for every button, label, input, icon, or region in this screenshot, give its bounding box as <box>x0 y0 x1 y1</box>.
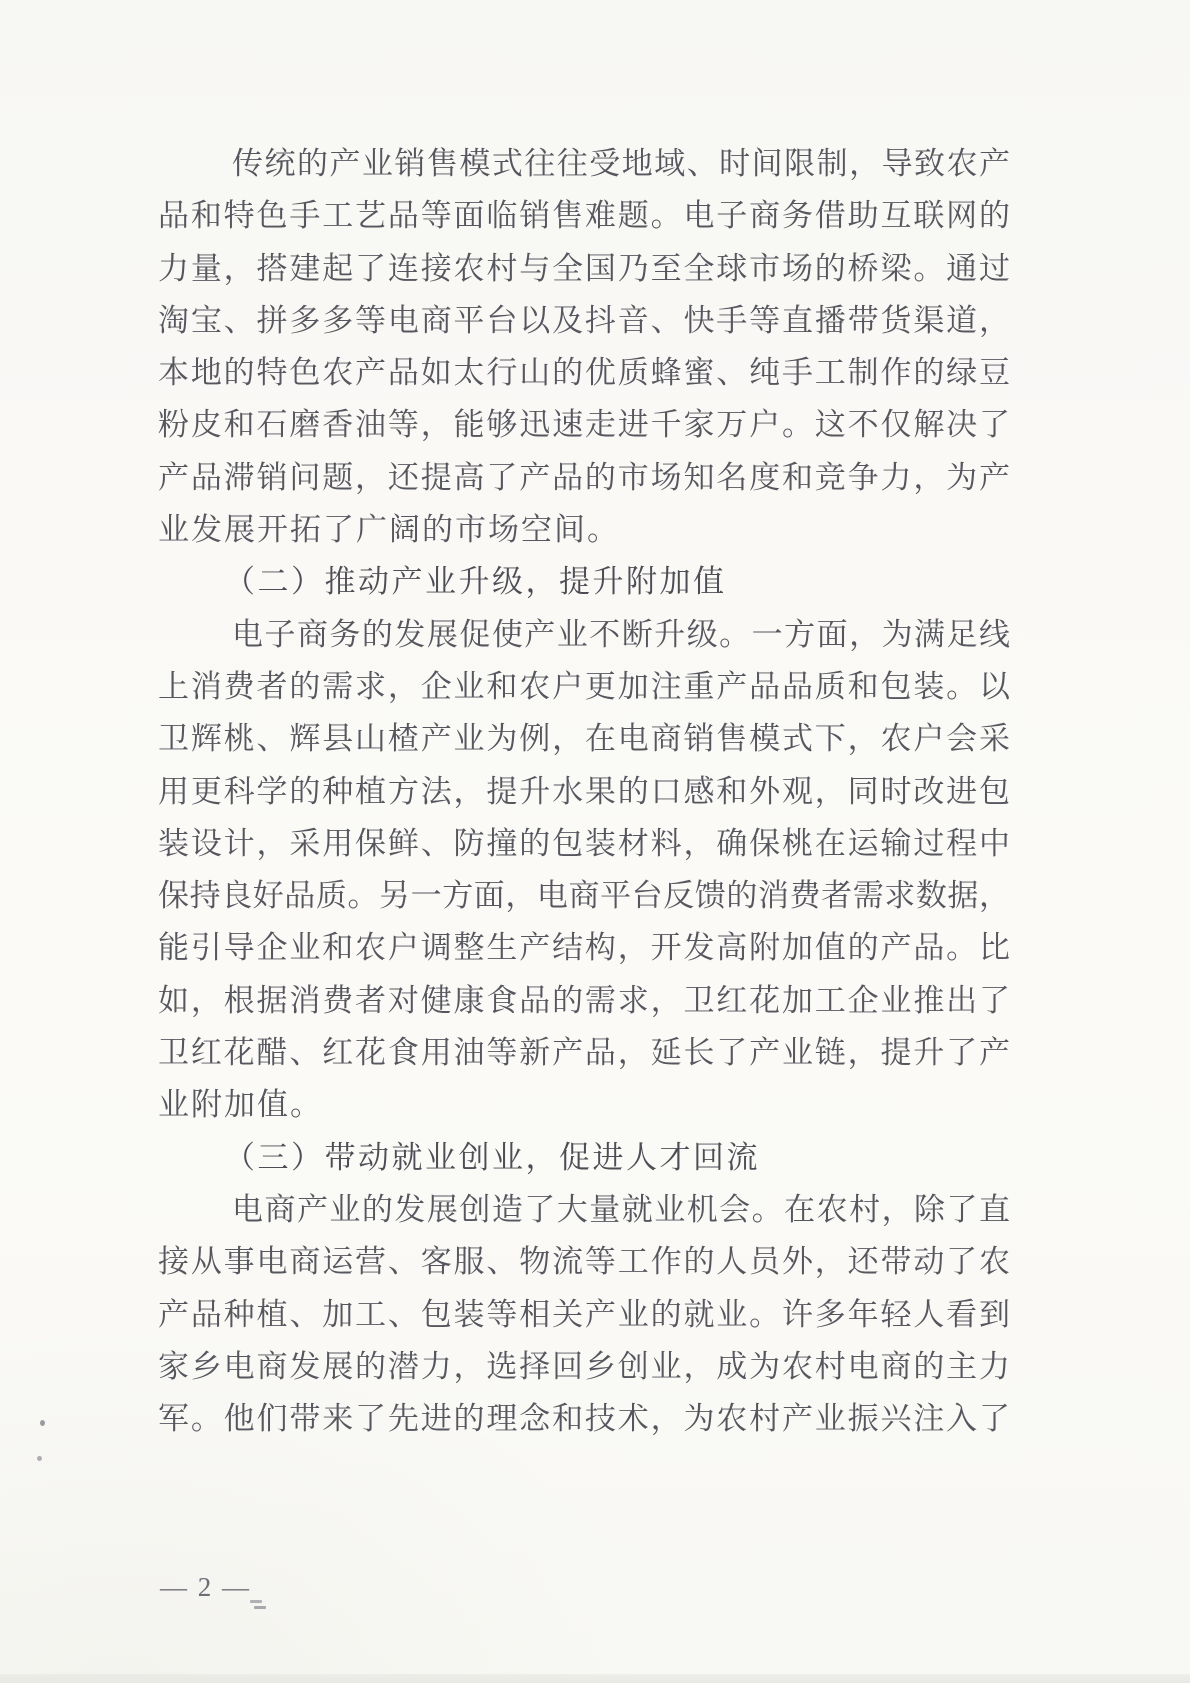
scanned-document-page: 传统的产业销售模式往往受地域、时间限制，导致农产品和特色手工艺品等面临销售难题。… <box>0 0 1190 1683</box>
text-line: 接从事电商运营、客服、物流等工作的人员外，还带动了农 <box>158 1236 1010 1288</box>
text-line: 卫辉桃、辉县山楂产业为例，在电商销售模式下，农户会采 <box>158 713 1010 765</box>
document-body: 传统的产业销售模式往往受地域、时间限制，导致农产品和特色手工艺品等面临销售难题。… <box>158 138 1010 1445</box>
text-line: 粉皮和石磨香油等，能够迅速走进千家万户。这不仅解决了 <box>158 399 1010 451</box>
text-line: 产品种植、加工、包装等相关产业的就业。许多年轻人看到 <box>158 1289 1010 1341</box>
text-line: 产品滞销问题，还提高了产品的市场知名度和竞争力，为产 <box>158 452 1010 504</box>
text-line: 电子商务的发展促使产业不断升级。一方面，为满足线 <box>158 609 1010 661</box>
scan-speck <box>40 1420 45 1426</box>
text-line: 业发展开拓了广阔的市场空间。 <box>158 504 1010 556</box>
text-line: 上消费者的需求，企业和农户更加注重产品品质和包装。以 <box>158 661 1010 713</box>
section-heading: （二）推动产业升级，提升附加值 <box>158 556 1010 608</box>
scan-edge-shadow <box>0 1674 1190 1683</box>
text-line: 淘宝、拼多多等电商平台以及抖音、快手等直播带货渠道， <box>158 295 1010 347</box>
page-number: — 2 — <box>160 1572 251 1603</box>
text-line: 保持良好品质。另一方面，电商平台反馈的消费者需求数据， <box>158 870 1010 922</box>
text-line: 如，根据消费者对健康食品的需求，卫红花加工企业推出了 <box>158 975 1010 1027</box>
text-line: 家乡电商发展的潜力，选择回乡创业，成为农村电商的主力 <box>158 1341 1010 1393</box>
scan-speck <box>37 1456 42 1461</box>
text-line: 力量，搭建起了连接农村与全国乃至全球市场的桥梁。通过 <box>158 243 1010 295</box>
text-line: 传统的产业销售模式往往受地域、时间限制，导致农产 <box>158 138 1010 190</box>
text-line: 电商产业的发展创造了大量就业机会。在农村，除了直 <box>158 1184 1010 1236</box>
section-heading: （三）带动就业创业，促进人才回流 <box>158 1132 1010 1184</box>
text-line: 装设计，采用保鲜、防撞的包装材料，确保桃在运输过程中 <box>158 818 1010 870</box>
text-line: 用更科学的种植方法，提升水果的口感和外观，同时改进包 <box>158 766 1010 818</box>
text-line: 军。他们带来了先进的理念和技术，为农村产业振兴注入了 <box>158 1393 1010 1445</box>
text-line: 卫红花醋、红花食用油等新产品，延长了产业链，提升了产 <box>158 1027 1010 1079</box>
text-line: 本地的特色农产品如太行山的优质蜂蜜、纯手工制作的绿豆 <box>158 347 1010 399</box>
text-line: 业附加值。 <box>158 1079 1010 1131</box>
text-line: 能引导企业和农户调整生产结构，开发高附加值的产品。比 <box>158 922 1010 974</box>
scan-speck <box>250 1600 262 1603</box>
text-line: 品和特色手工艺品等面临销售难题。电子商务借助互联网的 <box>158 190 1010 242</box>
